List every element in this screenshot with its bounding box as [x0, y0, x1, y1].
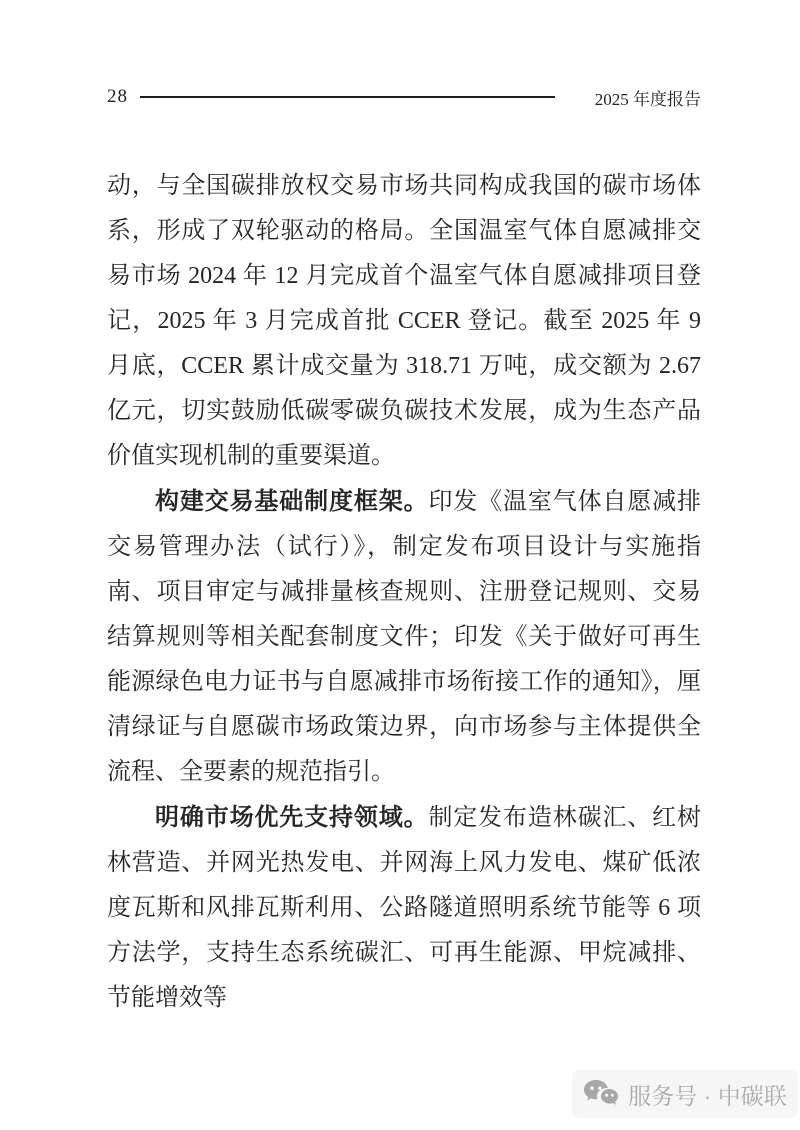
- paragraph-text: 制定发布造林碳汇、红树林营造、并网光热发电、并网海上风力发电、煤矿低浓度瓦斯和风…: [107, 805, 701, 1011]
- wechat-icon: [583, 1079, 619, 1109]
- paragraph-lead-bold: 构建交易基础制度框架。: [155, 488, 428, 515]
- page-number: 28: [107, 86, 128, 108]
- paragraph-continuation: 动，与全国碳排放权交易市场共同构成我国的碳市场体系，形成了双轮驱动的格局。全国温…: [107, 164, 701, 479]
- paragraph-lead-bold: 明确市场优先支持领域。: [155, 804, 428, 831]
- header-divider-line: [140, 96, 555, 98]
- page-header: 28 2025 年度报告: [107, 86, 701, 108]
- paragraph-text: 印发《温室气体自愿减排交易管理办法（试行）》，制定发布项目设计与实施指南、项目审…: [107, 489, 701, 785]
- paragraph-priority-areas: 明确市场优先支持领域。制定发布造林碳汇、红树林营造、并网光热发电、并网海上风力发…: [107, 795, 701, 1021]
- wechat-account-watermark: 服务号 · 中碳联: [572, 1070, 798, 1118]
- paragraph-institutional-framework: 构建交易基础制度框架。印发《温室气体自愿减排交易管理办法（试行）》，制定发布项目…: [107, 479, 701, 795]
- document-page: 28 2025 年度报告 动，与全国碳排放权交易市场共同构成我国的碳市场体系，形…: [0, 0, 800, 1130]
- report-title: 2025 年度报告: [595, 85, 701, 110]
- document-body: 动，与全国碳排放权交易市场共同构成我国的碳市场体系，形成了双轮驱动的格局。全国温…: [107, 164, 701, 1021]
- paragraph-text: 动，与全国碳排放权交易市场共同构成我国的碳市场体系，形成了双轮驱动的格局。全国温…: [107, 173, 701, 469]
- wechat-account-name: 服务号 · 中碳联: [628, 1078, 786, 1111]
